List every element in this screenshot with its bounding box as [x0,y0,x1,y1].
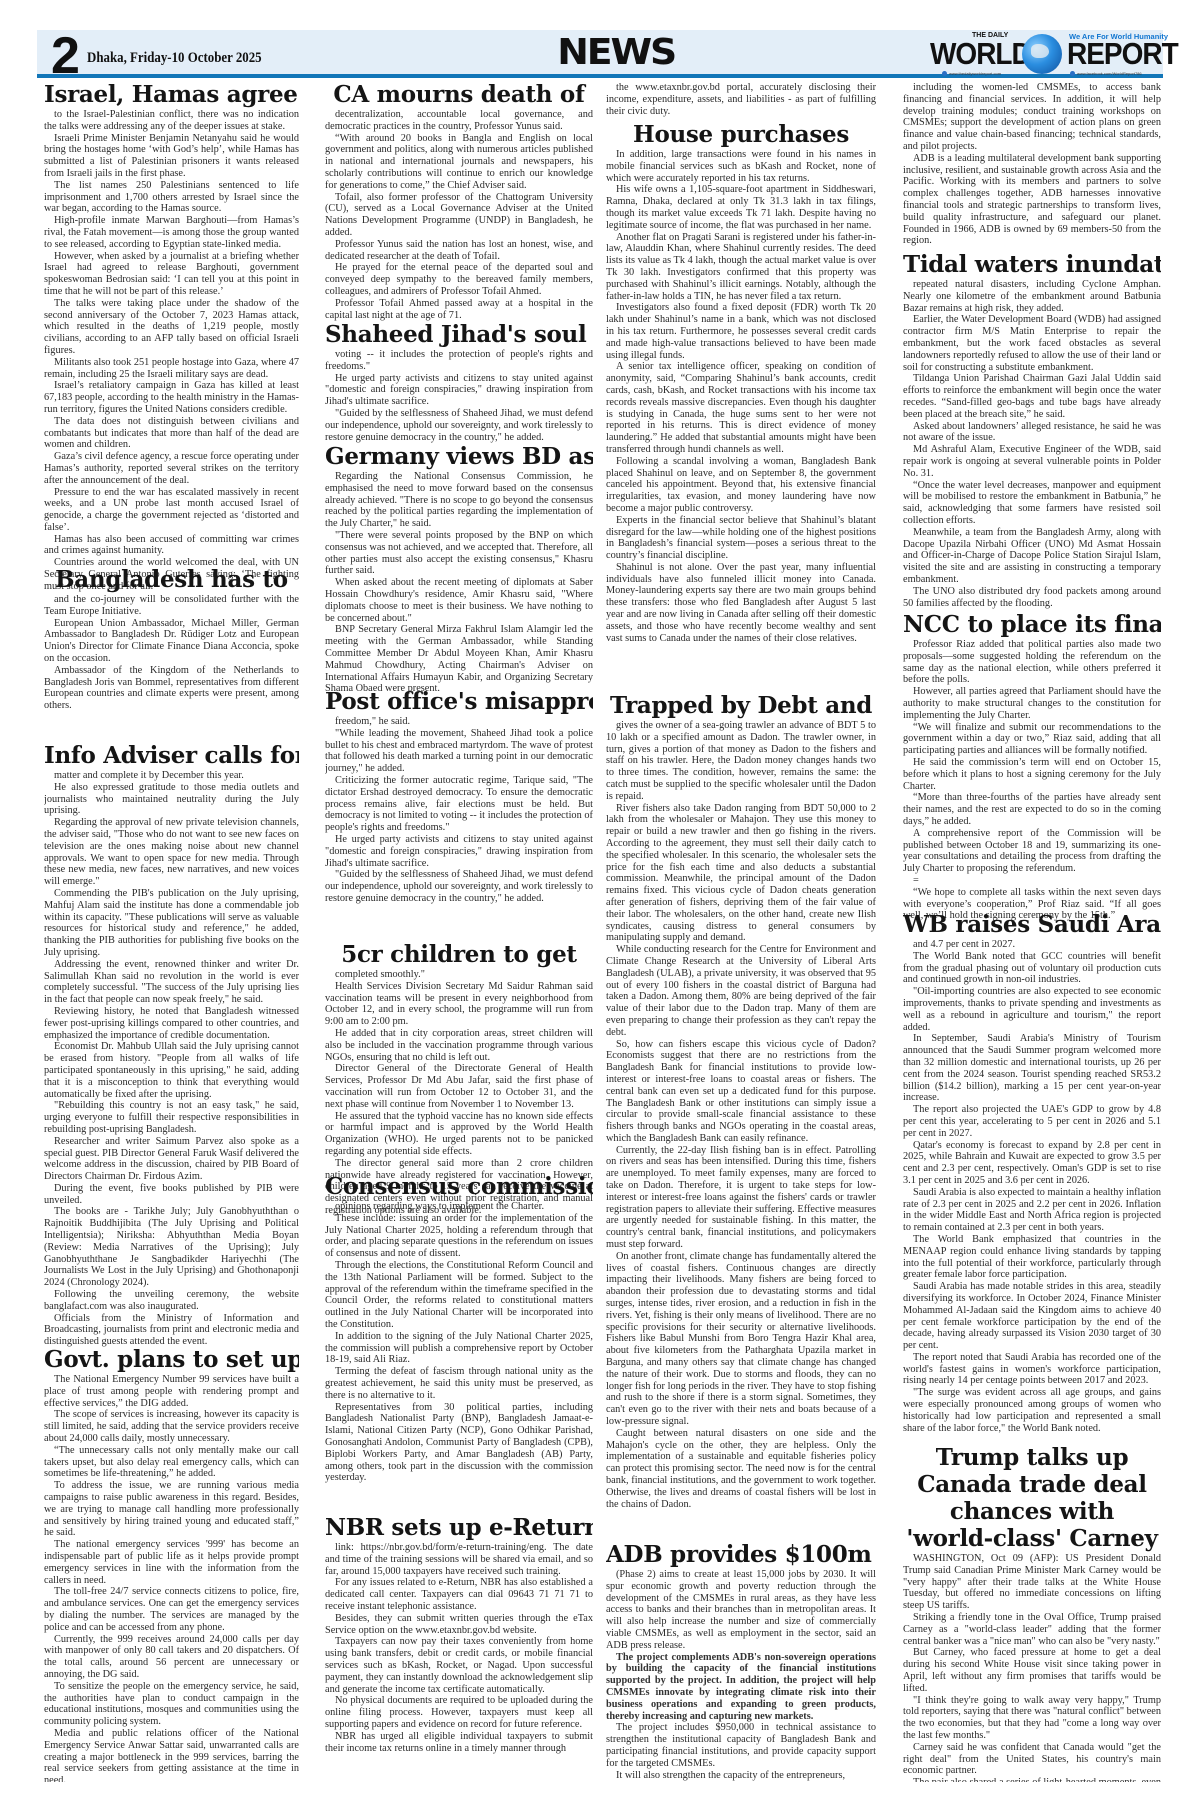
paragraph: The World Bank noted that GCC countries … [903,951,1161,986]
paragraph: Israel’s retaliatory campaign in Gaza ha… [44,380,299,415]
paragraph: The pair also shared a series of light-h… [903,1777,1161,1782]
paragraph: Tofail, also former professor of the Cha… [325,192,593,239]
paragraph: Tildanga Union Parishad Chairman Gazi Ja… [903,373,1161,420]
story-consensus-commission: Consensus commissionopinions regarding w… [325,1174,593,1484]
story-nbr-ereturn: NBR sets up e-Returnlink: https://nbr.go… [325,1515,593,1754]
paragraph: completed smoothly." [325,969,593,981]
paragraph: (Phase 2) aims to create at least 15,000… [606,1569,876,1652]
paragraph: matter and complete it by December this … [44,770,299,782]
article-body: the www.etaxnbr.gov.bd portal, accuratel… [606,82,876,117]
paragraph: Professor Riaz added that political part… [903,639,1161,686]
paragraph: = [903,875,1161,887]
headline: Info Adviser calls for [44,743,299,769]
paragraph: Following the unveiling ceremony, the we… [44,1289,299,1313]
article-body: Regarding the National Consensus Commiss… [325,471,593,695]
paragraph: The report noted that Saudi Arabia has r… [903,1352,1161,1387]
globe-icon [1022,34,1062,74]
headline: House purchases [606,122,876,148]
paragraph: In September, Saudi Arabia's Ministry of… [903,1033,1161,1104]
paragraph: Terming the defeat of fascism through na… [325,1366,593,1401]
paragraph: “More than three-fourths of the parties … [903,792,1161,827]
paragraph: including the women-led CMSMEs, to acces… [903,82,1161,153]
paragraph: “Once the water level decreases, manpowe… [903,480,1161,527]
paragraph: The data does not distinguish between ci… [44,416,299,451]
story-ca-mourns: CA mourns death ofdecentralization, acco… [325,82,593,321]
paragraph: "There were several points proposed by t… [325,530,593,577]
paragraph: Reviewing history, he noted that Banglad… [44,1006,299,1041]
paragraph: and 4.7 per cent in 2027. [903,939,1161,951]
paragraph: For any issues related to e-Return, NBR … [325,1577,593,1612]
story-tidal-waters: Tidal waters inundaterepeated natural di… [903,252,1161,609]
paragraph: Shahinul is not alone. Over the past yea… [606,562,876,645]
paragraph: To address the issue, we are running var… [44,1480,299,1539]
paragraph: Hamas has also been accused of committin… [44,534,299,558]
headline: WB raises Saudi Arabia's [903,912,1161,938]
paragraph: Representatives from 30 political partie… [325,1402,593,1485]
paragraph: "Guided by the selflessness of Shaheed J… [325,408,593,443]
paragraph: Experts in the financial sector believe … [606,515,876,562]
paragraph: The report also projected the UAE's GDP … [903,1104,1161,1139]
paragraph: "I think they're going to walk away very… [903,1695,1161,1742]
paragraph: Investigators also found a fixed deposit… [606,302,876,361]
headline: 5cr children to get [325,942,593,968]
paragraph: On another front, climate change has fun… [606,1251,876,1428]
paragraph: The national emergency services '999' ha… [44,1539,299,1586]
article-body: WASHINGTON, Oct 09 (AFP): US President D… [903,1553,1161,1782]
paragraph: So, how can fishers escape this vicious … [606,1039,876,1145]
story-info-adviser: Info Adviser calls formatter and complet… [44,743,299,1348]
paragraph: He assured that the typhoid vaccine has … [325,1111,593,1158]
paragraph: Ambassador of the Kingdom of the Netherl… [44,665,299,712]
facebook-link[interactable]: www.facebook.com/WorldReport786 [1070,71,1142,76]
article-body: matter and complete it by December this … [44,770,299,1348]
paragraph: link: https://nbr.gov.bd/form/e-return-t… [325,1542,593,1577]
paragraph: BNP Secretary General Mirza Fakhrul Isla… [325,624,593,695]
logo-world: WORLD [930,36,1031,71]
paragraph: Health Services Division Secretary Md Sa… [325,981,593,1028]
article-body: voting -- it includes the protection of … [325,349,593,443]
paragraph: The UNO also distributed dry food packet… [903,586,1161,610]
story-house-purchases: House purchasesIn addition, large transa… [606,122,876,644]
column-1: Israel, Hamas agree toto the Israel-Pale… [44,82,299,1782]
paragraph: The toll-free 24/7 service connects citi… [44,1586,299,1633]
paragraph: ADB is a leading multilateral developmen… [903,153,1161,247]
headline: NCC to place its final [903,612,1161,638]
article-body: and 4.7 per cent in 2027.The World Bank … [903,939,1161,1434]
paragraph: Meanwhile, a team from the Bangladesh Ar… [903,527,1161,586]
headline: Israel, Hamas agree to [44,82,299,108]
paragraph: Researcher and writer Saimum Parvez also… [44,1136,299,1183]
paragraph: "Oil-importing countries are also expect… [903,986,1161,1033]
paragraph: repeated natural disasters, including Cy… [903,279,1161,314]
paragraph: Addressing the event, renowned thinker a… [44,959,299,1006]
page-number: 2 [51,26,78,86]
paragraph: In addition, large transactions were fou… [606,149,876,184]
paragraph: NBR has urged all eligible individual ta… [325,1731,593,1755]
headline: Tidal waters inundate [903,252,1161,278]
article-body: opinions regarding ways to implement the… [325,1201,593,1484]
paragraph: Gaza’s civil defence agency, a rescue fo… [44,451,299,486]
article-body: link: https://nbr.gov.bd/form/e-return-t… [325,1542,593,1754]
paragraph: Israeli Prime Minister Benjamin Netanyah… [44,133,299,180]
column-2: CA mourns death ofdecentralization, acco… [325,82,593,1782]
paragraph: Media and public relations officer of th… [44,1728,299,1782]
headline: Post office's misappro [325,689,593,715]
paragraph: He added that in city corporation areas,… [325,1028,593,1063]
paragraph: Regarding the National Consensus Commiss… [325,471,593,530]
article-body: and the co-journey will be consolidated … [44,594,299,712]
paragraph: He also expressed gratitude to those med… [44,782,299,817]
paragraph: "Guided by the selflessness of Shaheed J… [325,869,593,904]
paragraph: High-profile inmate Marwan Barghouti—fro… [44,215,299,250]
paragraph: Qatar's economy is forecast to expand by… [903,1140,1161,1187]
paragraph: “We will finalize and submit our recomme… [903,722,1161,757]
paragraph: Saudi Arabia is also expected to maintai… [903,1187,1161,1234]
paragraph: Following a scandal involving a woman, B… [606,456,876,515]
newspaper-logo: THE DAILY WORLD We Are For World Humanit… [930,32,1160,78]
paragraph: Criticizing the former autocratic regime… [325,775,593,834]
headline: Consensus commission [325,1174,593,1200]
paragraph: The scope of services is increasing, how… [44,1409,299,1444]
paragraph: WASHINGTON, Oct 09 (AFP): US President D… [903,1553,1161,1612]
paragraph: European Union Ambassador, Michael Mille… [44,618,299,665]
paragraph: Commending the PIB's publication on the … [44,888,299,959]
headline: CA mourns death of [325,82,593,108]
column-3: the www.etaxnbr.gov.bd portal, accuratel… [606,82,876,1782]
paragraph: River fishers also take Dadon ranging fr… [606,803,876,945]
website-link[interactable]: www.thedailyworldreport.com [942,71,1001,76]
paragraph: The list names 250 Palestinians sentence… [44,180,299,215]
paragraph: But Carney, who faced pressure at home t… [903,1647,1161,1694]
paragraph: The National Emergency Number 99 service… [44,1374,299,1409]
story-continued-adb: including the women-led CMSMEs, to acces… [903,82,1161,247]
article-body: gives the owner of a sea-going trawler a… [606,720,876,1510]
paragraph: gives the owner of a sea-going trawler a… [606,720,876,803]
article-body: Professor Riaz added that political part… [903,639,1161,922]
paragraph: In addition to the signing of the July N… [325,1331,593,1366]
story-ncc-final: NCC to place its finalProfessor Riaz add… [903,612,1161,922]
story-trump-canada: Trump talks up Canada trade deal chances… [903,1444,1161,1782]
paragraph: “The unnecessary calls not only mentally… [44,1445,299,1480]
article-body: In addition, large transactions were fou… [606,149,876,644]
paragraph: the www.etaxnbr.gov.bd portal, accuratel… [606,82,876,117]
paragraph: The talks were taking place under the sh… [44,298,299,357]
paragraph: Professor Tofail Ahmed passed away at a … [325,298,593,322]
paragraph: Carney said he was confident that Canada… [903,1742,1161,1777]
paragraph: and the co-journey will be consolidated … [44,594,299,618]
dateline: Dhaka, Friday-10 October 2025 [87,50,262,67]
paragraph: These include: issuing an order for the … [325,1213,593,1260]
story-adb-provides: ADB provides $100m to(Phase 2) aims to c… [606,1542,876,1781]
paragraph: Regarding the approval of new private te… [44,817,299,888]
paragraph: Militants also took 251 people hostage i… [44,357,299,381]
story-continued-etax: the www.etaxnbr.gov.bd portal, accuratel… [606,82,876,117]
paragraph: Economist Dr. Mahbub Ullah said the July… [44,1041,299,1100]
paragraph: freedom," he said. [325,716,593,728]
paragraph: He urged party activists and citizens to… [325,834,593,869]
column-4: including the women-led CMSMEs, to acces… [903,82,1161,1782]
paragraph: Through the elections, the Constitutiona… [325,1260,593,1331]
paragraph: Officials from the Ministry of Informati… [44,1313,299,1348]
story-trapped-by-debt: Trapped by Debt andgives the owner of a … [606,693,876,1510]
headline: Govt. plans to set up [44,1347,299,1373]
paragraph: opinions regarding ways to implement the… [325,1201,593,1213]
paragraph: It will also strengthen the capacity of … [606,1770,876,1782]
story-shaheed-jihad: Shaheed Jihad's soul tovoting -- it incl… [325,322,593,443]
headline: Germany views BD as [325,444,593,470]
paragraph: However, all parties agreed that Parliam… [903,686,1161,721]
paragraph: Besides, they can submit written queries… [325,1613,593,1637]
headline: Trump talks up Canada trade deal chances… [903,1444,1161,1552]
paragraph: During the event, five books published b… [44,1183,299,1207]
paragraph: He prayed for the eternal peace of the d… [325,262,593,297]
paragraph: Currently, the 999 receives around 24,00… [44,1634,299,1681]
paragraph: He said the commission’s term will end o… [903,757,1161,792]
article-body: repeated natural disasters, including Cy… [903,279,1161,609]
paragraph: "The surge was evident across all age gr… [903,1387,1161,1434]
story-israel-hamas: Israel, Hamas agree toto the Israel-Pale… [44,82,299,593]
paragraph: While conducting research for the Centre… [606,944,876,1038]
article-body: decentralization, accountable local gove… [325,109,593,321]
paragraph: His wife owns a 1,105-square-foot apartm… [606,184,876,231]
article-body: including the women-led CMSMEs, to acces… [903,82,1161,247]
logo-report: REPORT [1067,36,1178,71]
paragraph: Another flat on Pragati Sarani is regist… [606,232,876,303]
article-body: (Phase 2) aims to create at least 15,000… [606,1569,876,1781]
paragraph: Md Ashraful Alam, Executive Engineer of … [903,444,1161,479]
story-wb-saudi: WB raises Saudi Arabia'sand 4.7 per cent… [903,912,1161,1434]
paragraph: to the Israel-Palestinian conflict, ther… [44,109,299,133]
paragraph: Pressure to end the war has escalated ma… [44,487,299,534]
paragraph: The books are - Tarikhe July; July Ganob… [44,1206,299,1289]
section-title: NEWS [557,32,675,73]
paragraph: A senior tax intelligence officer, speak… [606,361,876,455]
paragraph: Earlier, the Water Development Board (WD… [903,314,1161,373]
story-post-office: Post office's misapprofreedom," he said.… [325,689,593,905]
paragraph: To sensitize the people on the emergency… [44,1681,299,1728]
article-body: to the Israel-Palestinian conflict, ther… [44,109,299,593]
article-body: The National Emergency Number 99 service… [44,1374,299,1782]
paragraph: However, when asked by a journalist at a… [44,251,299,298]
paragraph: voting -- it includes the protection of … [325,349,593,373]
headline: Trapped by Debt and [606,693,876,719]
paragraph: The project complements ADB's non-sovere… [606,1652,876,1723]
paragraph: "Rebuilding this country is not an easy … [44,1100,299,1135]
paragraph: Taxpayers can now pay their taxes conven… [325,1636,593,1695]
paragraph: Director General of the Directorate Gene… [325,1063,593,1110]
headline: NBR sets up e-Return [325,1515,593,1541]
headline: ADB provides $100m to [606,1542,876,1568]
paragraph: Professor Yunus said the nation has lost… [325,239,593,263]
paragraph: "While leading the movement, Shaheed Jih… [325,728,593,775]
paragraph: Currently, the 22-day Ilish fishing ban … [606,1145,876,1251]
facebook-icon [1070,71,1075,76]
story-govt-plans: Govt. plans to set upThe National Emerge… [44,1347,299,1782]
paragraph: The World Bank emphasized that countries… [903,1234,1161,1281]
paragraph: decentralization, accountable local gove… [325,109,593,133]
headline: Bangladesh has to [44,567,299,593]
paragraph: The project includes $950,000 in technic… [606,1722,876,1769]
paragraph: When asked about the recent meeting of d… [325,577,593,624]
paragraph: Caught between natural disasters on one … [606,1428,876,1511]
masthead: 2 Dhaka, Friday-10 October 2025 NEWS THE… [37,30,1163,78]
headline: Shaheed Jihad's soul to [325,322,593,348]
paragraph: Saudi Arabia has made notable strides in… [903,1281,1161,1352]
paragraph: A comprehensive report of the Commission… [903,828,1161,875]
paragraph: Asked about landowners’ alleged resistan… [903,421,1161,445]
paragraph: No physical documents are required to be… [325,1695,593,1730]
paragraph: “With around 20 books in Bangla and Engl… [325,133,593,192]
paragraph: He urged party activists and citizens to… [325,373,593,408]
paragraph: Striking a friendly tone in the Oval Off… [903,1612,1161,1647]
web-icon [942,71,947,76]
article-body: freedom," he said."While leading the mov… [325,716,593,905]
story-bangladesh-has-to: Bangladesh has toand the co-journey will… [44,567,299,712]
story-germany-views: Germany views BD asRegarding the Nationa… [325,444,593,695]
